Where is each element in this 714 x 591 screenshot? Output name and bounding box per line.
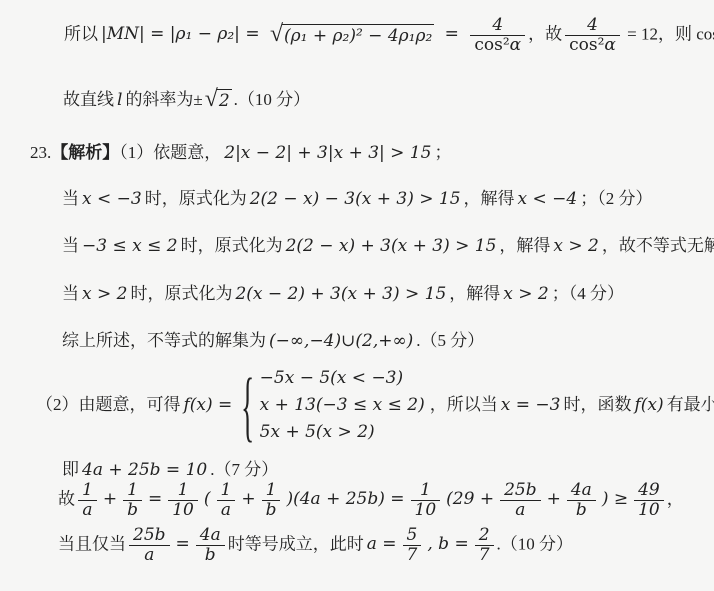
comma: ， bbox=[667, 489, 684, 508]
text-shi-hanshu: 时，函数 bbox=[563, 392, 631, 418]
denominator: a bbox=[500, 500, 541, 520]
piecewise-case-1: −5x − 5(x < −3) bbox=[260, 365, 425, 392]
score-2pts: ；（2 分） bbox=[580, 189, 652, 208]
equals: = bbox=[439, 24, 464, 44]
line-inequality-amgm: 故1a+1b=110(1a+1b)(4a + 25b) =110(29 +25b… bbox=[58, 481, 684, 520]
line-part2-piecewise: （2）由题意，可得f(x) ={−5x − 5(x < −3)x + 13(−3… bbox=[36, 363, 714, 447]
geq: ) ≥ bbox=[602, 489, 628, 509]
denominator: a bbox=[78, 500, 97, 520]
denominator: a bbox=[129, 545, 170, 565]
fraction-4-cos2a-2: 4cos²α bbox=[565, 16, 620, 55]
numerator: 1 bbox=[168, 481, 198, 500]
math-b-eq: , b = bbox=[427, 534, 468, 554]
text-gu: ，故 bbox=[528, 24, 562, 43]
plus: + bbox=[547, 489, 561, 509]
math-4a-25b: 4a + 25b = 10 bbox=[82, 460, 207, 480]
line-solution-set: 综上所述，不等式的解集为(−∞,−4)∪(2,+∞).（5 分） bbox=[62, 328, 484, 354]
fraction-1-a-2: 1a bbox=[217, 481, 236, 520]
fraction-1-a: 1a bbox=[78, 481, 97, 520]
numerator: 2 bbox=[475, 526, 494, 545]
text-shi-huawei: 时，原式化为 bbox=[181, 236, 283, 255]
text-jiede: ，解得 bbox=[464, 189, 515, 208]
score-10pts: .（10 分） bbox=[497, 534, 574, 553]
math-abs-inequality: 2|x − 2| + 3|x + 3| > 15 bbox=[224, 143, 431, 163]
text-shi-huawei: 时，原式化为 bbox=[130, 284, 232, 303]
equals: = bbox=[176, 534, 190, 554]
score-4pts: ；（4 分） bbox=[552, 284, 624, 303]
problem-number: 23. bbox=[30, 143, 51, 162]
denominator: b bbox=[262, 500, 281, 520]
math-4a25b-eq: )(4a + 25b) = bbox=[286, 489, 404, 509]
open-paren: ( bbox=[204, 489, 211, 509]
cos-squared: cos² bbox=[569, 35, 604, 55]
text-jiede: ，解得 bbox=[499, 236, 550, 255]
fraction-1-b: 1b bbox=[123, 481, 142, 520]
numerator: 1 bbox=[123, 481, 142, 500]
numerator: 25b bbox=[500, 481, 541, 500]
radicand: 2 bbox=[217, 89, 232, 112]
math-solution: x < −4 bbox=[518, 189, 578, 209]
fraction-49-10: 4910 bbox=[634, 481, 664, 520]
line-case2: 当−3 ≤ x ≤ 2时，原式化为2(2 − x) + 3(x + 3) > 1… bbox=[62, 233, 714, 259]
text-ji: 即 bbox=[62, 460, 79, 479]
line-case3: 当x > 2时，原式化为2(x − 2) + 3(x + 3) > 15，解得x… bbox=[62, 281, 624, 307]
line-equation-7pts: 即4a + 25b = 10.（7 分） bbox=[62, 457, 278, 483]
fraction-4a-b: 4ab bbox=[567, 481, 596, 520]
numerator: 4a bbox=[567, 481, 596, 500]
math-inequality: 2(x − 2) + 3(x + 3) > 15 bbox=[235, 284, 446, 304]
math-fx: f(x) bbox=[634, 392, 663, 418]
numerator: 1 bbox=[217, 481, 236, 500]
fraction-1-10: 110 bbox=[168, 481, 198, 520]
numerator: 49 bbox=[634, 481, 664, 500]
piecewise-cases: −5x − 5(x < −3)x + 13(−3 ≤ x ≤ 2)5x + 5(… bbox=[257, 365, 428, 446]
numerator: 5 bbox=[403, 526, 422, 545]
line-equality-condition: 当且仅当25ba=4ab时等号成立，此时a =57, b =27.（10 分） bbox=[58, 526, 573, 565]
denominator: cos²α bbox=[470, 35, 525, 55]
text-jiede: ，解得 bbox=[449, 284, 500, 303]
text-zongshang: 综上所述，不等式的解集为 bbox=[62, 331, 266, 350]
line-case1: 当x < −3时，原式化为2(2 − x) − 3(x + 3) > 15，解得… bbox=[62, 186, 652, 212]
alpha: α bbox=[510, 35, 521, 55]
score-10pts: .（10 分） bbox=[234, 90, 311, 109]
numerator: 4 bbox=[565, 16, 620, 35]
alpha: α bbox=[604, 35, 615, 55]
fraction-4-cos2a: 4cos²α bbox=[470, 16, 525, 55]
math-fx-equals: f(x) = bbox=[184, 392, 233, 418]
sqrt-2: √2 bbox=[205, 88, 232, 114]
fraction-2-7: 27 bbox=[475, 526, 494, 565]
math-condition: −3 ≤ x ≤ 2 bbox=[82, 236, 178, 256]
text-dengHao-chengli: 时等号成立，此时 bbox=[228, 534, 364, 553]
denominator: cos²α bbox=[565, 35, 620, 55]
text-part1-yitiyi: （1）依题意， bbox=[119, 143, 221, 162]
text-dangqiejindang: 当且仅当 bbox=[58, 534, 126, 553]
math-condition: x < −3 bbox=[82, 189, 142, 209]
fraction-1-b-2: 1b bbox=[262, 481, 281, 520]
math-solution: x > 2 bbox=[553, 236, 598, 256]
denominator: 7 bbox=[475, 545, 494, 565]
piecewise-case-2: x + 13(−3 ≤ x ≤ 2) bbox=[260, 392, 425, 419]
fraction-1-10-2: 110 bbox=[411, 481, 441, 520]
text-shi-huawei: 时，原式化为 bbox=[145, 189, 247, 208]
math-29-plus: (29 + bbox=[446, 489, 494, 509]
text-dang: 当 bbox=[62, 189, 79, 208]
math-solution-set: (−∞,−4)∪(2,+∞) bbox=[269, 331, 413, 351]
line-slope-conclusion: 故直线l的斜率为±√2.（10 分） bbox=[63, 87, 310, 114]
plus: + bbox=[103, 489, 117, 509]
numerator: 1 bbox=[411, 481, 441, 500]
numerator: 4 bbox=[470, 16, 525, 35]
cos-squared: cos² bbox=[474, 35, 509, 55]
fraction-25b-a: 25ba bbox=[500, 481, 541, 520]
score-5pts: .（5 分） bbox=[416, 331, 484, 350]
line-problem23-part1: 23.【解析】（1）依题意，2|x − 2| + 3|x + 3| > 15； bbox=[30, 140, 451, 166]
text-suoyi: 所以 bbox=[64, 24, 98, 43]
semicolon: ； bbox=[434, 143, 451, 162]
text-gu-zhixian: 故直线 bbox=[63, 90, 114, 109]
text-slope-pm: 的斜率为± bbox=[125, 90, 202, 109]
left-brace: { bbox=[241, 366, 254, 444]
denominator: b bbox=[567, 500, 596, 520]
fraction-5-7: 57 bbox=[403, 526, 422, 565]
denominator: 10 bbox=[411, 500, 441, 520]
text-min-value-10: 有最小值 10， bbox=[667, 392, 714, 418]
line-mn-length: 所以|MN| = |ρ₁ − ρ₂| = √(ρ₁ + ρ₂)² − 4ρ₁ρ₂… bbox=[64, 16, 714, 55]
piecewise-case-3: 5x + 5(x > 2) bbox=[260, 419, 425, 446]
radicand: (ρ₁ + ρ₂)² − 4ρ₁ρ₂ bbox=[282, 24, 434, 47]
math-inequality: 2(2 − x) + 3(x + 3) > 15 bbox=[286, 236, 497, 256]
math-a-eq: a = bbox=[367, 534, 397, 554]
jiexi-tag: 【解析】 bbox=[51, 143, 119, 162]
math-solution-document: 所以|MN| = |ρ₁ − ρ₂| = √(ρ₁ + ρ₂)² − 4ρ₁ρ₂… bbox=[0, 0, 714, 591]
equals: = bbox=[148, 489, 162, 509]
numerator: 25b bbox=[129, 526, 170, 545]
numerator: 1 bbox=[78, 481, 97, 500]
text-dang: 当 bbox=[62, 236, 79, 255]
denominator: 7 bbox=[403, 545, 422, 565]
text-gu: 故 bbox=[58, 489, 75, 508]
math-x-eq-neg3: x = −3 bbox=[501, 392, 561, 418]
score-3pts: ，故不等式无解；（3 分） bbox=[602, 236, 714, 255]
numerator: 4a bbox=[196, 526, 225, 545]
math-solution: x > 2 bbox=[503, 284, 548, 304]
text-part2-youtiyi: （2）由题意，可得 bbox=[36, 392, 181, 418]
cos-squared-inline: cos² bbox=[696, 24, 714, 43]
text-eq12-ze: = 12，则 bbox=[623, 24, 696, 43]
math-condition: x > 2 bbox=[82, 284, 127, 304]
plus: + bbox=[241, 489, 255, 509]
math-mn-rho: |MN| = |ρ₁ − ρ₂| = bbox=[101, 24, 265, 44]
denominator: 10 bbox=[168, 500, 198, 520]
sqrt-radical: √(ρ₁ + ρ₂)² − 4ρ₁ρ₂ bbox=[270, 23, 434, 49]
denominator: 10 bbox=[634, 500, 664, 520]
fraction-25b-a: 25ba bbox=[129, 526, 170, 565]
score-7pts: .（7 分） bbox=[210, 460, 278, 479]
denominator: b bbox=[123, 500, 142, 520]
var-l: l bbox=[117, 90, 122, 110]
fraction-4a-b: 4ab bbox=[196, 526, 225, 565]
text-dang: 当 bbox=[62, 284, 79, 303]
denominator: a bbox=[217, 500, 236, 520]
numerator: 1 bbox=[262, 481, 281, 500]
denominator: b bbox=[196, 545, 225, 565]
piecewise-function: {−5x − 5(x < −3)x + 13(−3 ≤ x ≤ 2)5x + 5… bbox=[237, 365, 427, 446]
math-inequality: 2(2 − x) − 3(x + 3) > 15 bbox=[250, 189, 461, 209]
text-suoyidang: ，所以当 bbox=[430, 392, 498, 418]
